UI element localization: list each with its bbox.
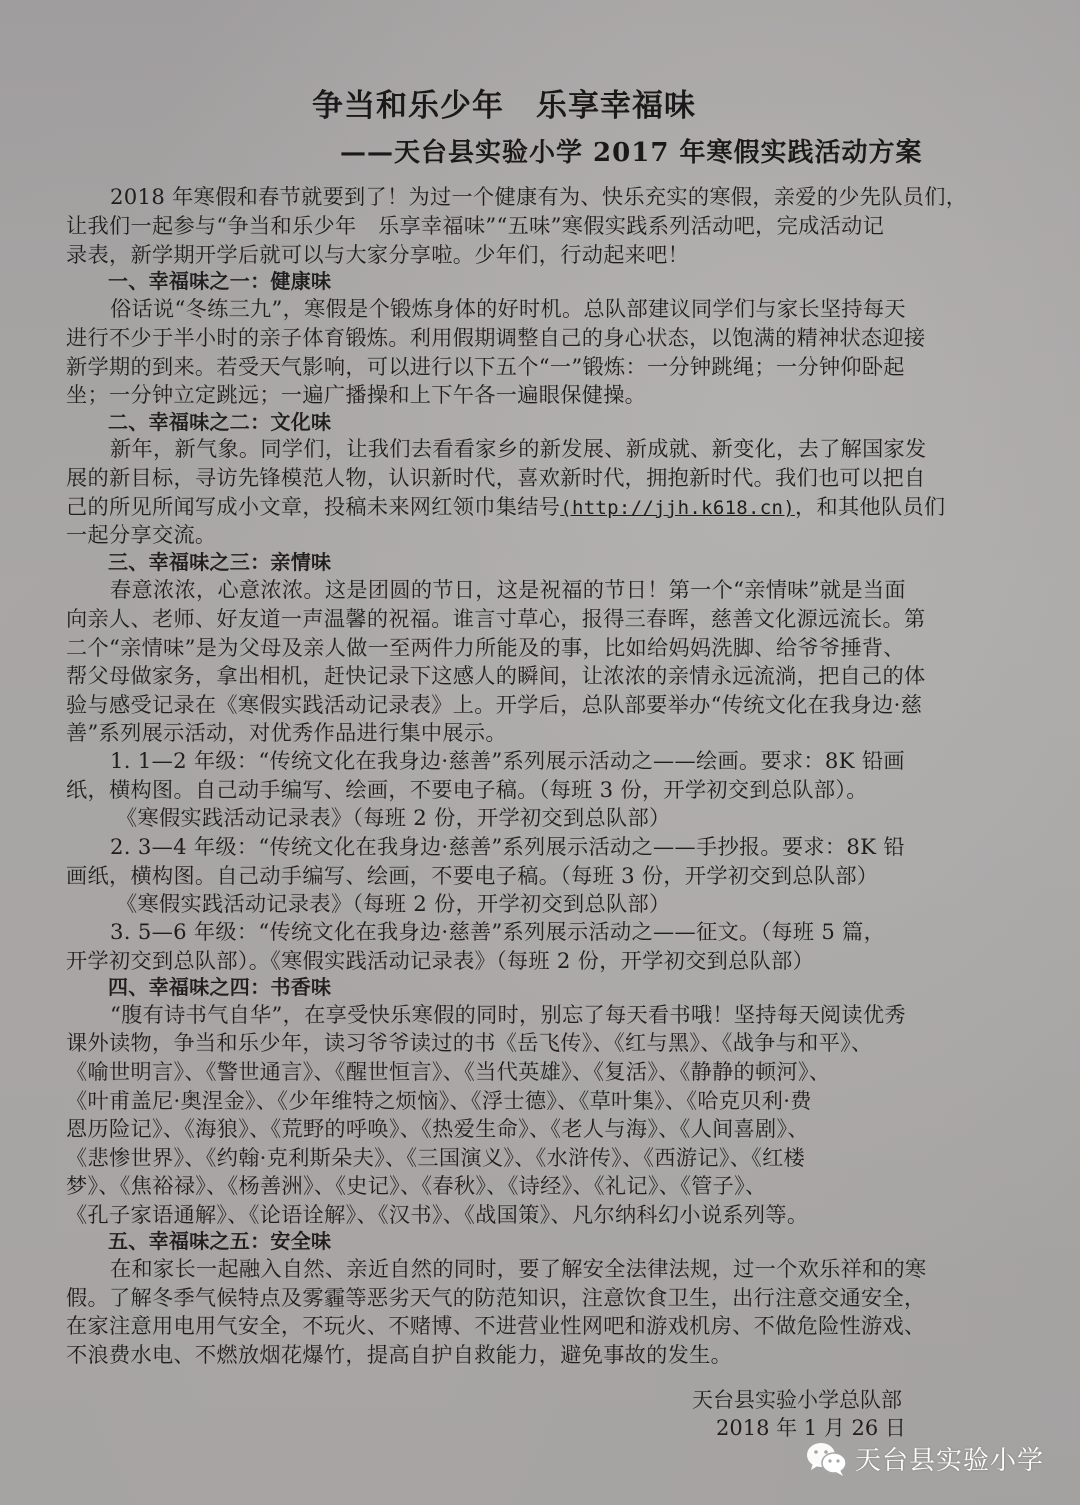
body-line: 梦》、《焦裕禄》、《杨善洲》、《史记》、《春秋》、《诗经》、《礼记》、《管子》、 <box>66 1171 767 1200</box>
body-line: 《悲惨世界》、《约翰·克利斯朵夫》、《三国演义》、《水浒传》、《西游记》、《红楼 <box>66 1143 805 1172</box>
body-line: 开学初交到总队部）。《寒假实践活动记录表》（每班 2 份，开学初交到总队部） <box>66 946 814 975</box>
body-line: 2. 3—4 年级：“传统文化在我身边·慈善”系列展示活动之——手抄报。要求：8… <box>110 832 905 861</box>
body-line: 课外读物，争当和乐少年，读习爷爷读过的书《岳飞传》、《红与黑》、《战争与和平》、 <box>66 1028 873 1057</box>
body-line: “腹有诗书气自华”，在享受快乐寒假的同时，别忘了每天看书哦！坚持每天阅读优秀 <box>110 1000 906 1029</box>
line-text: 二个“亲情味”是为父母及亲人做一至两件力所能及的事，比如给妈妈洗脚、给爷爷捶背、 <box>66 635 905 660</box>
line-text: 新学期的到来。若受天气影响，可以进行以下五个“一”锻炼：一分钟跳绳；一分钟仰卧起 <box>66 354 905 379</box>
signature-org: 天台县实验小学总队部 <box>692 1384 902 1414</box>
document-title: 争当和乐少年 乐享幸福味 <box>312 80 696 125</box>
line-text: 假。了解冬季气候特点及雾霾等恶劣天气的防范知识，注意饮食卫生，出行注意交通安全， <box>66 1285 926 1310</box>
body-line: 俗话说“冬练三九”，寒假是个锻炼身体的好时机。总队部建议同学们与家长坚持每天 <box>110 294 906 323</box>
line-text: 帮父母做家务，拿出相机，赶快记录下这感人的瞬间，让浓浓的亲情永远流淌，把自己的体 <box>66 663 926 688</box>
line-text: 《寒假实践活动记录表》（每班 2 份，开学初交到总队部） <box>116 805 670 830</box>
line-text: 不浪费水电、不燃放烟花爆竹，提高自护自救能力，避免事故的发生。 <box>66 1342 732 1367</box>
line-text: 验与感受记录在《寒假实践活动记录表》上。开学后，总队部要举办“传统文化在我身边·… <box>66 692 922 717</box>
body-line: 《叶甫盖尼·奥涅金》、《少年维特之烦恼》、《浮士德》、《草叶集》、《哈克贝利·费 <box>66 1086 812 1115</box>
line-text: 课外读物，争当和乐少年，读习爷爷读过的书《岳飞传》、《红与黑》、《战争与和平》、 <box>66 1030 873 1055</box>
body-line: 新学期的到来。若受天气影响，可以进行以下五个“一”锻炼：一分钟跳绳；一分钟仰卧起 <box>66 352 905 381</box>
line-text: 三、幸福味之三：亲情味 <box>108 550 331 574</box>
line-text: 录表，新学期开学后就可以与大家分享啦。少年们，行动起来吧！ <box>66 242 689 267</box>
body-line: 《喻世明言》、《警世通言》、《醒世恒言》、《当代英雄》、《复活》、《静静的顿河》… <box>66 1057 830 1086</box>
signature-date: 2018 年 1 月 26 日 <box>716 1412 906 1442</box>
body-line: 向亲人、老师、好友道一声温馨的祝福。谁言寸草心，报得三春晖，慈善文化源远流长。第 <box>66 604 926 633</box>
line-text: 五、幸福味之五：安全味 <box>108 1229 331 1253</box>
body-line: 纸，横构图。自己动手编写、绘画，不要电子稿。（每班 3 份，开学初交到总队部）。 <box>66 775 868 804</box>
body-line: 《孔子家语通解》、《论语诠解》、《汉书》、《战国策》、凡尔纳科幻小说系列等。 <box>66 1200 808 1229</box>
line-text: 新年，新气象。同学们，让我们去看看家乡的新发展、新成就、新变化，去了解国家发 <box>110 436 927 461</box>
line-text: 在和家长一起融入自然、亲近自然的同时，要了解安全法律法规，过一个欢乐祥和的寒 <box>110 1256 927 1281</box>
body-line: 在家注意用电用气安全，不玩火、不赌博、不进营业性网吧和游戏机房、不做危险性游戏、 <box>66 1311 926 1340</box>
body-line: 二个“亲情味”是为父母及亲人做一至两件力所能及的事，比如给妈妈洗脚、给爷爷捶背、 <box>66 633 905 662</box>
wechat-account-name: 天台县实验小学 <box>855 1440 1044 1477</box>
line-text: 梦》、《焦裕禄》、《杨善洲》、《史记》、《春秋》、《诗经》、《礼记》、《管子》、 <box>66 1173 767 1198</box>
line-text: 春意浓浓，心意浓浓。这是团圆的节日，这是祝福的节日！第一个“亲情味”就是当面 <box>110 577 906 602</box>
body-line: 展的新目标，寻访先锋模范人物，认识新时代，喜欢新时代，拥抱新时代。我们也可以把自 <box>66 463 926 492</box>
section-heading: 三、幸福味之三：亲情味 <box>108 548 331 577</box>
line-text: 善”系列展示活动，对优秀作品进行集中展示。 <box>66 720 507 745</box>
line-text: 《叶甫盖尼·奥涅金》、《少年维特之烦恼》、《浮士德》、《草叶集》、《哈克贝利·费 <box>66 1088 812 1113</box>
line-text: 四、幸福味之四：书香味 <box>108 975 331 999</box>
line-text: 《喻世明言》、《警世通言》、《醒世恒言》、《当代英雄》、《复活》、《静静的顿河》… <box>66 1059 830 1084</box>
body-line: 录表，新学期开学后就可以与大家分享啦。少年们，行动起来吧！ <box>66 240 689 269</box>
body-line: 3. 5—6 年级：“传统文化在我身边·慈善”系列展示活动之——征文。（每班 5… <box>110 917 885 946</box>
line-text: 进行不少于半小时的亲子体育锻炼。利用假期调整自己的身心状态，以饱满的精神状态迎接 <box>66 325 926 350</box>
body-line: 《寒假实践活动记录表》（每班 2 份，开学初交到总队部） <box>116 889 670 918</box>
body-line: 2018 年寒假和春节就要到了！为过一个健康有为、快乐充实的寒假，亲爱的少先队员… <box>110 182 967 211</box>
body-line: 春意浓浓，心意浓浓。这是团圆的节日，这是祝福的节日！第一个“亲情味”就是当面 <box>110 575 906 604</box>
line-text: 俗话说“冬练三九”，寒假是个锻炼身体的好时机。总队部建议同学们与家长坚持每天 <box>110 296 906 321</box>
line-text: 坐；一分钟立定跳远；一遍广播操和上下午各一遍眼保健操。 <box>66 382 646 407</box>
body-line: 恩历险记》、《海狼》、《荒野的呼唤》、《热爱生命》、《老人与海》、《人间喜剧》、 <box>66 1114 809 1143</box>
body-line: 进行不少于半小时的亲子体育锻炼。利用假期调整自己的身心状态，以饱满的精神状态迎接 <box>66 323 926 352</box>
line-text: 展的新目标，寻访先锋模范人物，认识新时代，喜欢新时代，拥抱新时代。我们也可以把自 <box>66 465 926 490</box>
body-line: 假。了解冬季气候特点及雾霾等恶劣天气的防范知识，注意饮食卫生，出行注意交通安全， <box>66 1283 926 1312</box>
body-line: 验与感受记录在《寒假实践活动记录表》上。开学后，总队部要举办“传统文化在我身边·… <box>66 690 922 719</box>
body-line: 坐；一分钟立定跳远；一遍广播操和上下午各一遍眼保健操。 <box>66 380 646 409</box>
line-text: 《悲惨世界》、《约翰·克利斯朵夫》、《三国演义》、《水浒传》、《西游记》、《红楼 <box>66 1145 805 1170</box>
line-text: 让我们一起参与“争当和乐少年 乐享幸福味”“五味”寒假实践系列活动吧，完成活动记 <box>66 213 884 238</box>
body-line: 善”系列展示活动，对优秀作品进行集中展示。 <box>66 718 507 747</box>
line-text: 己的所见所闻写成小文章，投稿未来网红领巾集结号 <box>66 494 560 519</box>
body-line: 在和家长一起融入自然、亲近自然的同时，要了解安全法律法规，过一个欢乐祥和的寒 <box>110 1254 927 1283</box>
wechat-watermark: 天台县实验小学 <box>805 1440 1044 1477</box>
line-text: 开学初交到总队部）。《寒假实践活动记录表》（每班 2 份，开学初交到总队部） <box>66 948 814 973</box>
body-line: 《寒假实践活动记录表》（每班 2 份，开学初交到总队部） <box>116 803 670 832</box>
line-text: 3. 5—6 年级：“传统文化在我身边·慈善”系列展示活动之——征文。（每班 5… <box>110 919 885 944</box>
body-line: 画纸，横构图。自己动手编写、绘画，不要电子稿。（每班 3 份，开学初交到总队部） <box>66 861 878 890</box>
line-text: 画纸，横构图。自己动手编写、绘画，不要电子稿。（每班 3 份，开学初交到总队部） <box>66 863 878 888</box>
body-line: 己的所见所闻写成小文章，投稿未来网红领巾集结号(http://jjh.k618.… <box>66 492 945 521</box>
line-text: 《孔子家语通解》、《论语诠解》、《汉书》、《战国策》、凡尔纳科幻小说系列等。 <box>66 1202 808 1227</box>
section-heading: 一、幸福味之一：健康味 <box>108 267 331 296</box>
section-heading: 五、幸福味之五：安全味 <box>108 1227 331 1256</box>
body-line: 让我们一起参与“争当和乐少年 乐享幸福味”“五味”寒假实践系列活动吧，完成活动记 <box>66 211 884 240</box>
body-line: 帮父母做家务，拿出相机，赶快记录下这感人的瞬间，让浓浓的亲情永远流淌，把自己的体 <box>66 661 926 690</box>
line-text: “腹有诗书气自华”，在享受快乐寒假的同时，别忘了每天看书哦！坚持每天阅读优秀 <box>110 1002 906 1027</box>
line-text: 一起分享交流。 <box>66 522 216 547</box>
line-text: 1. 1—2 年级：“传统文化在我身边·慈善”系列展示活动之——绘画。要求：8K… <box>110 748 905 773</box>
section-heading: 四、幸福味之四：书香味 <box>108 973 331 1002</box>
line-text: 2018 年寒假和春节就要到了！为过一个健康有为、快乐充实的寒假，亲爱的少先队员… <box>110 184 967 209</box>
line-text: 2. 3—4 年级：“传统文化在我身边·慈善”系列展示活动之——手抄报。要求：8… <box>110 834 905 859</box>
line-text: 在家注意用电用气安全，不玩火、不赌博、不进营业性网吧和游戏机房、不做危险性游戏、 <box>66 1313 926 1338</box>
body-line: 不浪费水电、不燃放烟花爆竹，提高自护自救能力，避免事故的发生。 <box>66 1340 732 1369</box>
wechat-icon <box>805 1441 849 1477</box>
line-text: ，和其他队员们 <box>795 494 945 519</box>
line-text: 二、幸福味之二：文化味 <box>108 410 331 434</box>
line-text: 恩历险记》、《海狼》、《荒野的呼唤》、《热爱生命》、《老人与海》、《人间喜剧》、 <box>66 1116 809 1141</box>
line-text: 一、幸福味之一：健康味 <box>108 269 331 293</box>
line-text: 向亲人、老师、好友道一声温馨的祝福。谁言寸草心，报得三春晖，慈善文化源远流长。第 <box>66 606 926 631</box>
url-link: (http://jjh.k618.cn) <box>560 497 795 519</box>
body-line: 一起分享交流。 <box>66 520 216 549</box>
body-line: 1. 1—2 年级：“传统文化在我身边·慈善”系列展示活动之——绘画。要求：8K… <box>110 746 905 775</box>
line-text: 《寒假实践活动记录表》（每班 2 份，开学初交到总队部） <box>116 891 670 916</box>
document-subtitle: ——天台县实验小学 2017 年寒假实践活动方案 <box>340 132 922 169</box>
line-text: 纸，横构图。自己动手编写、绘画，不要电子稿。（每班 3 份，开学初交到总队部）。 <box>66 777 868 802</box>
section-heading: 二、幸福味之二：文化味 <box>108 408 331 437</box>
body-line: 新年，新气象。同学们，让我们去看看家乡的新发展、新成就、新变化，去了解国家发 <box>110 434 927 463</box>
